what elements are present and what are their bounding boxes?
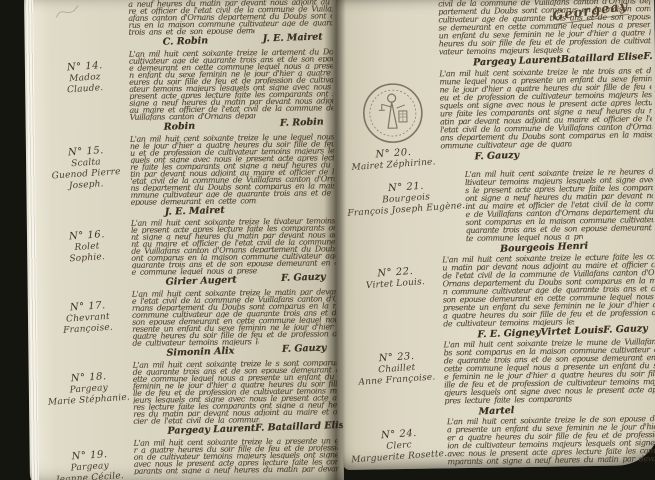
entry-handwritten-text: L'an mil huit cent soixante treize le de…	[447, 415, 655, 464]
register-entry: N° 22.Virtet Louis.L'an mil huit cent so…	[348, 253, 655, 337]
entry-margin-annotation: N° 21.BourgeoisFrançois Joseph Eugène.	[347, 171, 466, 252]
register-entry: N° 14.MadozClaude.L'an mil huit cent soi…	[41, 48, 336, 131]
entry-margin-annotation: N° 22.Virtet Louis.	[348, 256, 443, 336]
entry-margin-annotation: N° 14.MadozClaude.	[41, 51, 130, 132]
entry-handwritten-text: a neuf heures du matin par devant nous a…	[128, 0, 335, 46]
register-book-spread: a neuf heures du matin par devant nous a…	[0, 0, 655, 480]
register-entry: N° 23.ChailletAnne Françoise.L'an mil hu…	[349, 338, 655, 414]
left-page-entries: a neuf heures du matin par devant nous a…	[24, 0, 344, 480]
signature: J. E. Mairet	[262, 31, 322, 44]
entry-margin-annotation: N° 19.PargeayJeanne Cécile.	[45, 439, 134, 480]
signature: F. Gauzy	[474, 149, 519, 162]
register-entry: N° 16.RoletSophie.L'an mil huit cent soi…	[43, 218, 338, 287]
signature: Girier Augert	[165, 275, 236, 288]
register-entry: N° 20.Mairet Zéphirine.L'an mil huit cen…	[345, 67, 654, 167]
right-page-entries: civil de la commune de Vuillafans canton…	[336, 0, 655, 470]
signature: Virtet Louis	[540, 325, 603, 338]
signature: Pargeay Laurent	[473, 54, 561, 68]
entry-handwritten-text: L'an mil huit cent soixante treize le s …	[133, 359, 340, 434]
entry-margin-annotation: N° 16.RoletSophie.	[43, 220, 132, 287]
signature: C. Robin	[162, 35, 208, 47]
signature: J. E. Mairet	[165, 205, 225, 218]
signature: F. Gauzy	[603, 323, 648, 336]
left-page: a neuf heures du matin par devant nous a…	[24, 0, 344, 480]
justice-stamp-icon	[360, 80, 425, 145]
entry-handwritten-text: L'an mil huit cent soixante treize le nt…	[439, 67, 654, 166]
entry-margin-annotation	[344, 0, 439, 65]
signature: F. Bataillard Elise	[255, 420, 350, 434]
signature: F. Robin	[280, 117, 324, 129]
register-entry: N° 17.ChevrantFrançoise.L'an mil huit ce…	[44, 288, 339, 357]
signature: F. Gauzy	[282, 343, 327, 355]
entry-margin-annotation: N° 17.ChevrantFrançoise.	[44, 291, 133, 358]
entry-margin-annotation: N° 24.ClercMarguerite Rosette.	[351, 419, 448, 466]
signature: Bourgeois Henri	[500, 240, 588, 254]
entry-margin-annotation: N° 18.PargeayMarie Stéphanie.	[45, 362, 134, 436]
entry-handwritten-text: L'an mil huit cent soixante treize le re…	[465, 168, 655, 250]
pencil-mark	[54, 0, 80, 26]
signature: Robin	[163, 121, 195, 133]
signature: Simonin Alix	[166, 346, 234, 359]
signature: F. E. Gigney	[477, 327, 540, 340]
register-entry: N° 19.PargeayJeanne Cécile.L'an mil huit…	[45, 437, 340, 480]
register-entry: N° 24.ClercMarguerite Rosette.L'an mil h…	[351, 415, 655, 466]
right-page: Georgeay civil de la commune de Vuillafa…	[336, 0, 655, 470]
signature: Bataillard Elise	[561, 51, 644, 65]
script-line: parants ont signe a neuf heures du matin…	[134, 465, 338, 474]
register-entry: a neuf heures du matin par devant nous a…	[40, 0, 335, 47]
entry-margin-annotation: N° 15.ScaltaGuenod PierreJoseph.	[42, 136, 131, 217]
signature: Martel	[478, 405, 514, 417]
signature: Pargeay Laurent	[167, 423, 255, 437]
register-entry: N° 15.ScaltaGuenod PierreJoseph.L'an mil…	[42, 133, 337, 216]
signature: F. Gauzy	[281, 272, 326, 284]
entry-handwritten-text: L'an mil huit cent soixante treize le un…	[130, 133, 337, 215]
entry-handwritten-text: L'an mil huit cent soixante treize le mu…	[443, 338, 655, 413]
entry-handwritten-text: L'an mil huit cent soixante treize le ar…	[129, 48, 336, 130]
entry-handwritten-text: L'an mil huit cent soixante treize le ma…	[132, 288, 339, 356]
entry-handwritten-text: L'an mil huit cent soixante treize le ti…	[131, 218, 338, 286]
entry-margin-annotation: N° 20.Mairet Zéphirine.	[345, 70, 440, 167]
signature: F. Gauzy	[643, 49, 655, 62]
entry-handwritten-text: L'an mil huit cent soixante treize le a …	[133, 437, 340, 480]
entry-margin-annotation: N° 23.ChailletAnne Françoise.	[349, 341, 444, 414]
entry-handwritten-text: L'an mil huit cent soixante treize le ec…	[442, 253, 655, 335]
register-entry: N° 21.BourgeoisFrançois Joseph Eugène.L'…	[347, 168, 655, 252]
register-entry: N° 18.PargeayMarie Stéphanie.L'an mil hu…	[45, 359, 340, 435]
